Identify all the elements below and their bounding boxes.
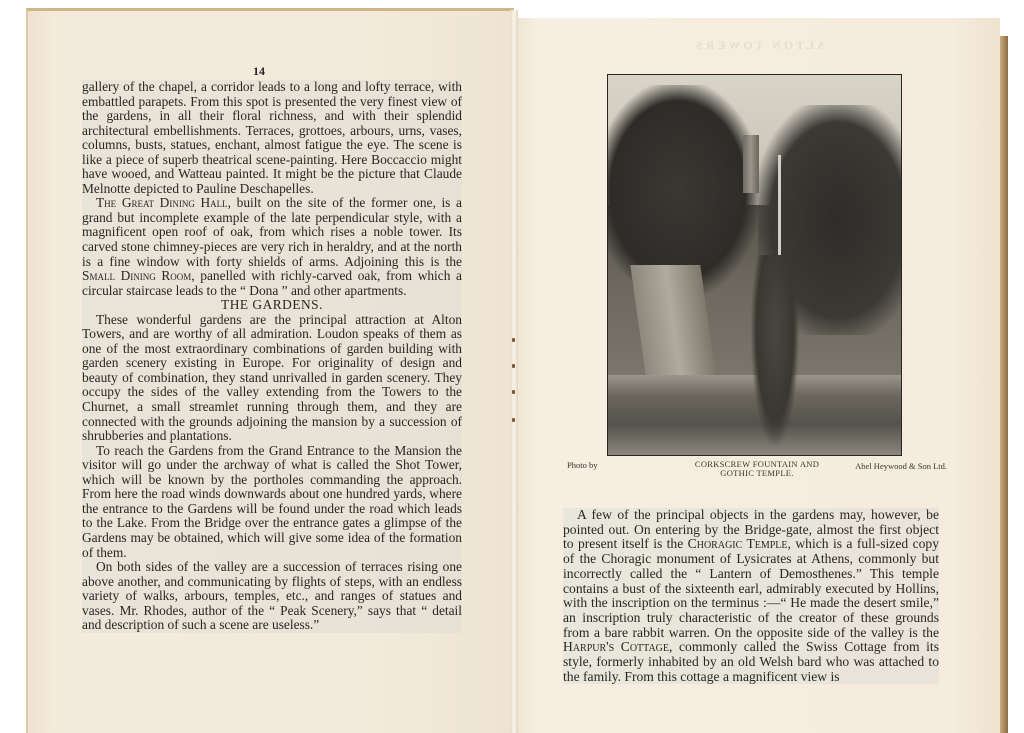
spine-stitch — [512, 390, 515, 394]
paragraph: On both sides of the valley are a succes… — [82, 560, 462, 633]
caption-line: GOTHIC TEMPLE. — [667, 469, 847, 478]
paragraph: gallery of the chapel, a corridor leads … — [82, 80, 462, 196]
photo-corkscrew-fountain — [607, 74, 902, 456]
paragraph: To reach the Gardens from the Grand Entr… — [82, 444, 462, 560]
paragraph-text: , which is a full-sized copy of the Chor… — [563, 536, 939, 639]
smallcaps-term: Choragic Temple — [688, 536, 788, 551]
paragraph: These wonderful gardens are the principa… — [82, 313, 462, 444]
show-through-text: ALTON TOWERS — [693, 38, 826, 53]
smallcaps-term: The Great Dining Hall — [96, 195, 228, 210]
photo-credit-label: Photo by — [567, 460, 597, 470]
smallcaps-term: Harpur's Cottage — [563, 639, 669, 654]
photo-credit-name: Abel Heywood & Son Ltd. — [855, 461, 947, 471]
caption-title: CORKSCREW FOUNTAIN AND GOTHIC TEMPLE. — [667, 460, 847, 478]
paragraph: The Great Dining Hall, built on the site… — [82, 196, 462, 298]
page-stack-edge — [1000, 36, 1008, 733]
photo-caption: Photo by CORKSCREW FOUNTAIN AND GOTHIC T… — [567, 460, 947, 490]
section-heading: THE GARDENS. — [82, 298, 462, 313]
right-page-body: A few of the principal objects in the ga… — [563, 508, 939, 684]
photo-trees — [607, 85, 758, 295]
spine-stitch — [512, 338, 515, 342]
spine-stitch — [512, 418, 515, 422]
spine-stitch — [512, 364, 515, 368]
booklet-spread: 14 gallery of the chapel, a corridor lea… — [0, 0, 1024, 733]
smallcaps-term: Small Dining Room — [82, 268, 191, 283]
paragraph: A few of the principal objects in the ga… — [563, 508, 939, 684]
photo-fountain-statue — [751, 255, 799, 445]
book-spine — [510, 10, 518, 733]
photo-gothic-temple — [743, 135, 759, 193]
page-number: 14 — [253, 64, 265, 79]
left-page-body: gallery of the chapel, a corridor leads … — [82, 80, 462, 633]
